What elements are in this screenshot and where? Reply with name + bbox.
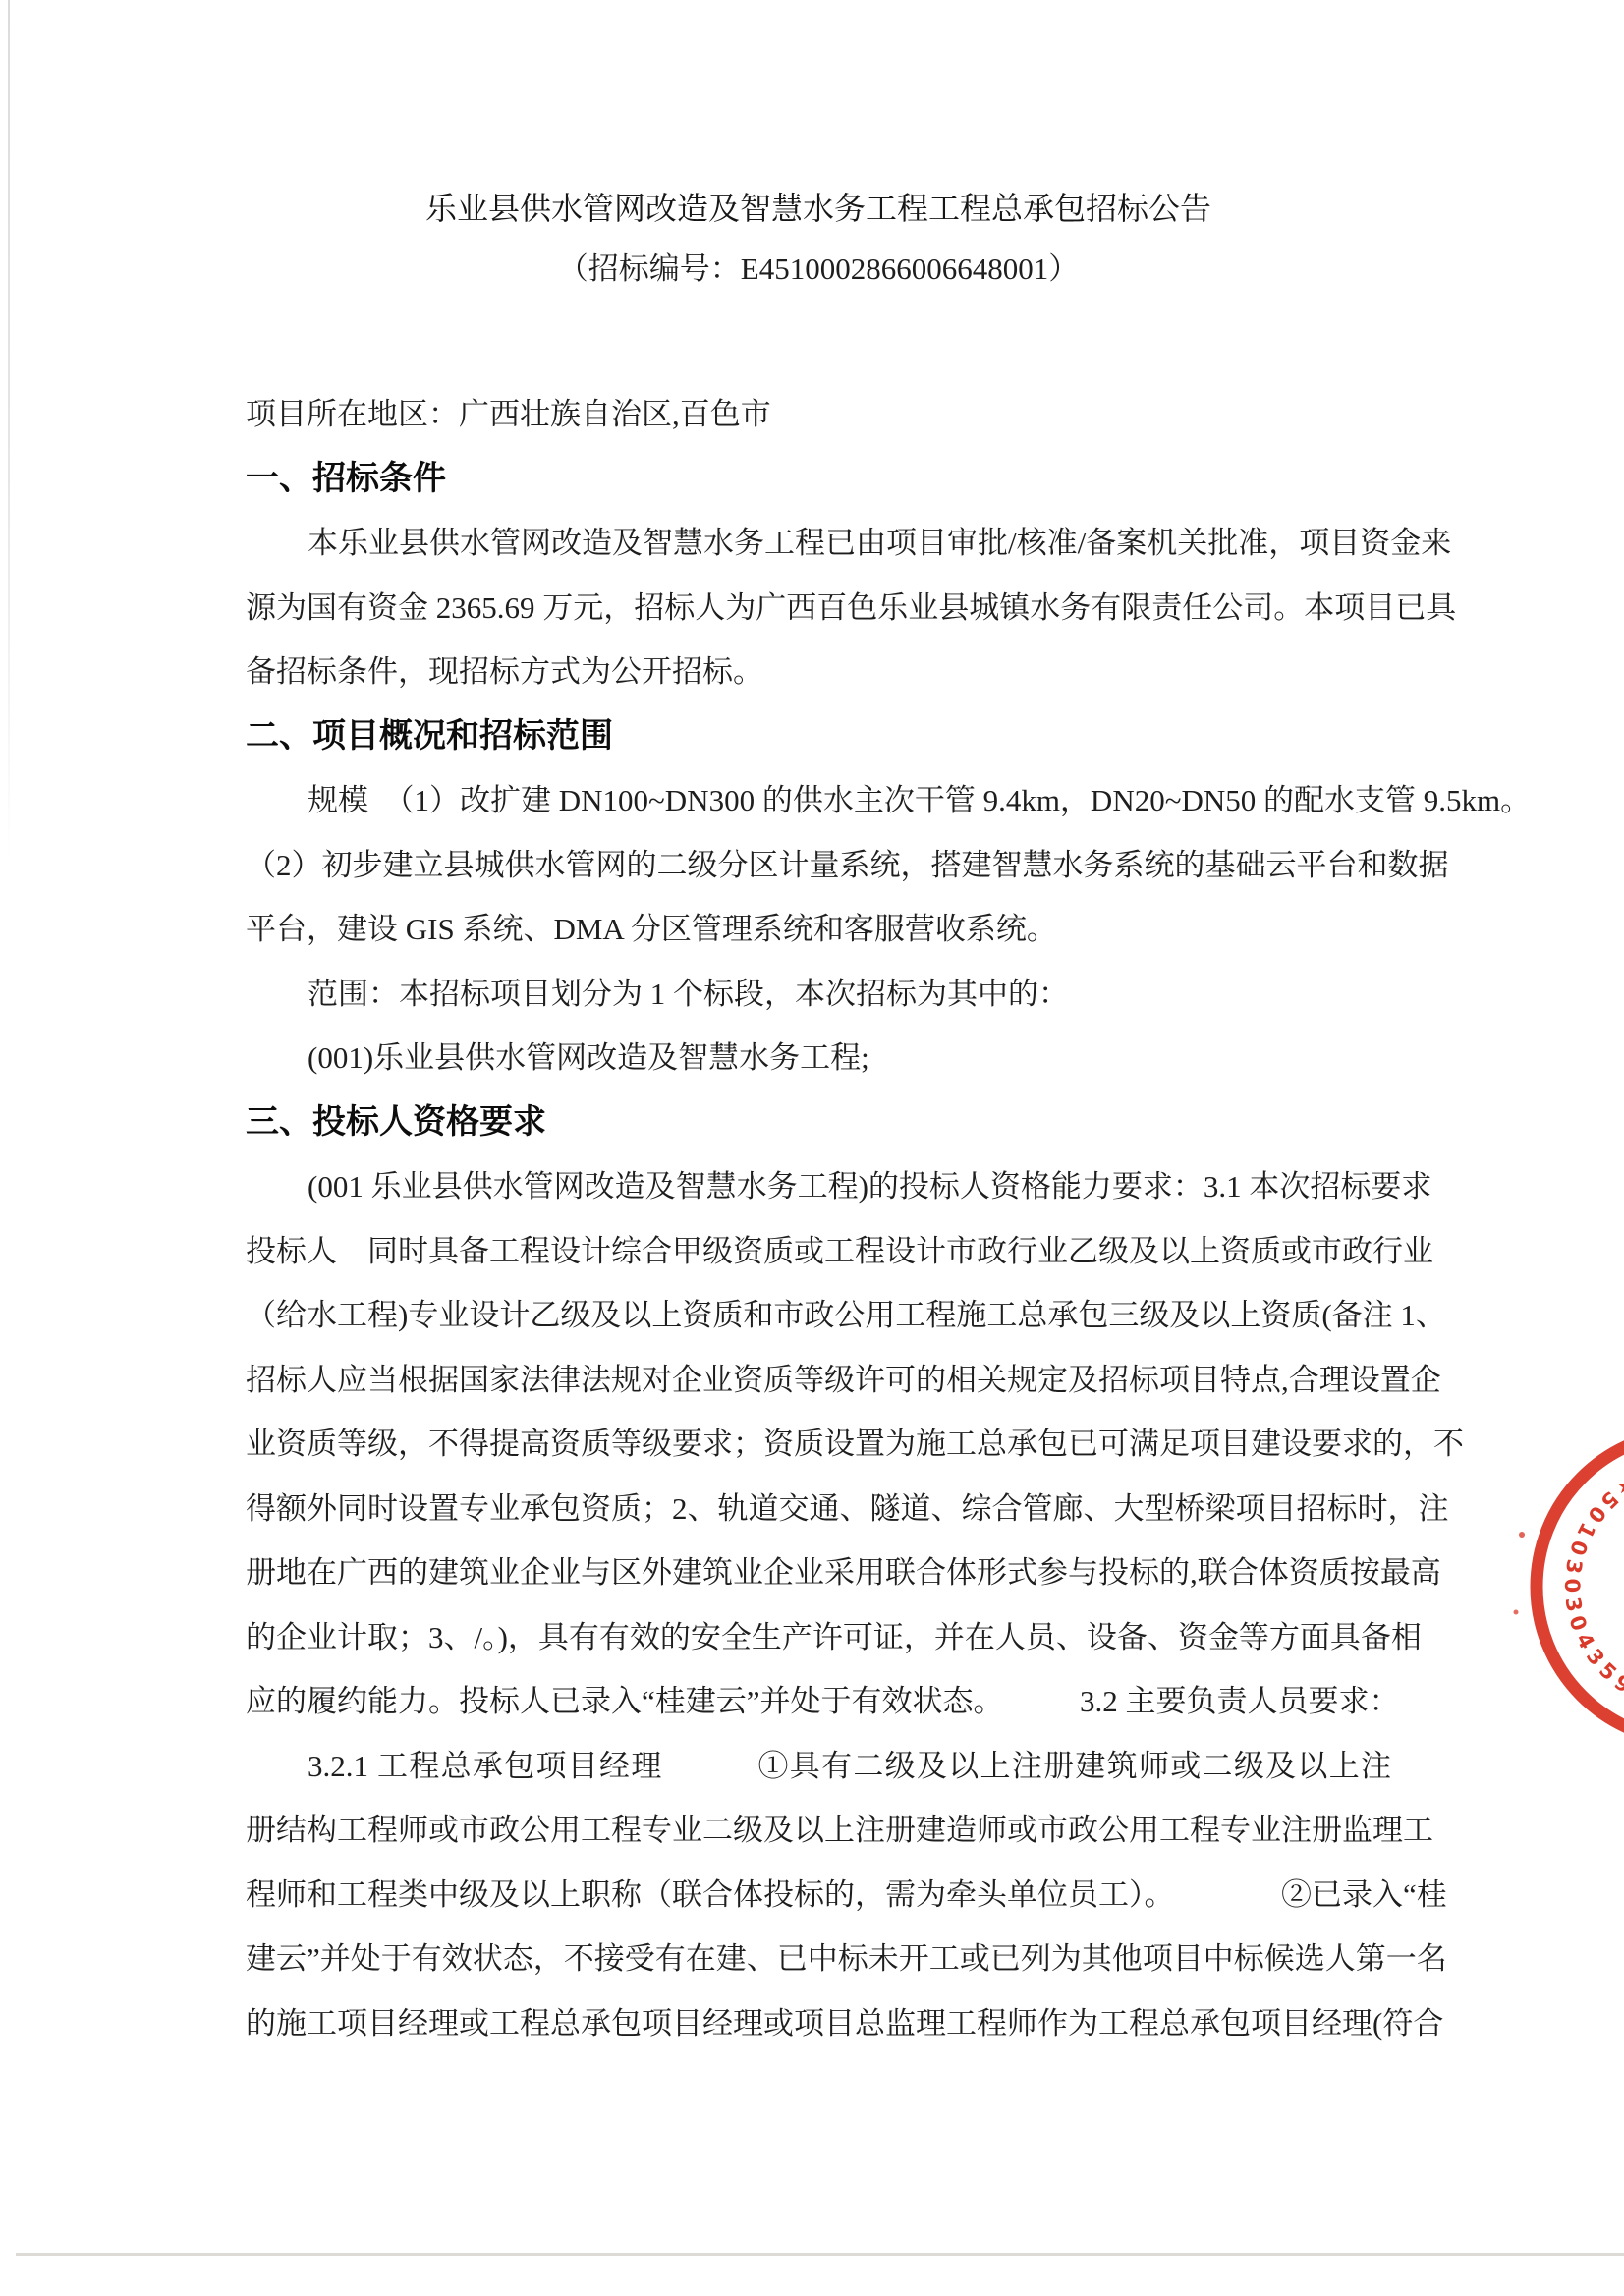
doc-line: 3.2.1 工程总承包项目经理 ①具有二级及以上注册建筑师或二级及以上注 [246, 1734, 1391, 1799]
doc-line: 源为国有资金 2365.69 万元，招标人为广西百色乐业县城镇水务有限责任公司。… [246, 576, 1391, 641]
doc-line: 程师和工程类中级及以上职称（联合体投标的，需为牵头单位员工）。 ②已录入“桂 [246, 1863, 1391, 1928]
doc-line: 册结构工程师或市政公用工程专业二级及以上注册建造师或市政公用工程专业注册监理工 [246, 1798, 1391, 1863]
doc-line: 业资质等级，不得提高资质等级要求；资质设置为施工总承包已可满足项目建设要求的，不 [246, 1412, 1391, 1477]
doc-line: 本乐业县供水管网改造及智慧水务工程已由项目审批/核准/备案机关批准，项目资金来 [246, 511, 1391, 576]
doc-line: 的企业计取；3、/。)，具有有效的安全生产许可证，并在人员、设备、资金等方面具备… [246, 1605, 1391, 1670]
document-body: 乐业县供水管网改造及智慧水务工程工程总承包招标公告 （招标编号：E4510002… [246, 0, 1391, 2055]
doc-line: 应的履约能力。投标人已录入“桂建云”并处于有效状态。 3.2 主要负责人员要求： [246, 1669, 1391, 1734]
scan-artifact-left-edge-line [8, 0, 10, 865]
doc-line-project-location: 项目所在地区：广西壮族自治区,百色市 [246, 382, 1391, 447]
doc-line: 投标人 同时具备工程设计综合甲级资质或工程设计市政行业乙级及以上资质或市政行业 [246, 1219, 1391, 1284]
seal-ink-speckle [1514, 1610, 1519, 1615]
doc-line: 册地在广西的建筑业企业与区外建筑业企业采用联合体形式参与投标的,联合体资质按最高 [246, 1540, 1391, 1605]
doc-line: 范围：本招标项目划分为 1 个标段，本次招标为其中的： [246, 962, 1391, 1027]
doc-line: 备招标条件，现招标方式为公开招标。 [246, 640, 1391, 704]
section-heading-1: 一、招标条件 [246, 447, 1391, 512]
doc-line: (001)乐业县供水管网改造及智慧水务工程; [246, 1026, 1391, 1091]
doc-text-block: 项目所在地区：广西壮族自治区,百色市 一、招标条件 本乐业县供水管网改造及智慧水… [246, 382, 1391, 2055]
scanned-document-page: 乐业县供水管网改造及智慧水务工程工程总承包招标公告 （招标编号：E4510002… [0, 0, 1624, 2296]
doc-line: 的施工项目经理或工程总承包项目经理或项目总监理工程师作为工程总承包项目经理(符合 [246, 1991, 1391, 2056]
doc-line: （2）初步建立县城供水管网的二级分区计量系统，搭建智慧水务系统的基础云平台和数据 [246, 833, 1391, 898]
doc-title: 乐业县供水管网改造及智慧水务工程工程总承包招标公告 [246, 192, 1391, 225]
doc-line: 得额外同时设置专业承包资质；2、轨道交通、隧道、综合管廊、大型桥梁项目招标时，注 [246, 1477, 1391, 1541]
doc-line: （给水工程)专业设计乙级及以上资质和市政公用工程施工总承包三级及以上资质(备注 … [246, 1283, 1391, 1348]
doc-line: 建云”并处于有效状态，不接受有在建、已中标未开工或已列为其他项目中标候选人第一名 [246, 1927, 1391, 1991]
seal-ring [1537, 1432, 1624, 1741]
section-heading-3: 三、投标人资格要求 [246, 1091, 1391, 1155]
section-heading-2: 二、项目概况和招标范围 [246, 704, 1391, 769]
doc-tender-number: （招标编号：E4510002866006648001） [246, 252, 1391, 285]
doc-line: 招标人应当根据国家法律法规对企业资质等级许可的相关规定及招标项目特点,合理设置企 [246, 1348, 1391, 1413]
doc-line: (001 乐业县供水管网改造及智慧水务工程)的投标人资格能力要求：3.1 本次招… [246, 1154, 1391, 1219]
seal-ink-speckle [1519, 1532, 1525, 1538]
doc-line: 规模 （1）改扩建 DN100~DN300 的供水主次干管 9.4km，DN20… [246, 768, 1391, 833]
scan-artifact-bottom-edge-line [16, 2253, 1624, 2256]
doc-line: 平台，建设 GIS 系统、DMA 分区管理系统和客服营收系统。 [246, 897, 1391, 962]
